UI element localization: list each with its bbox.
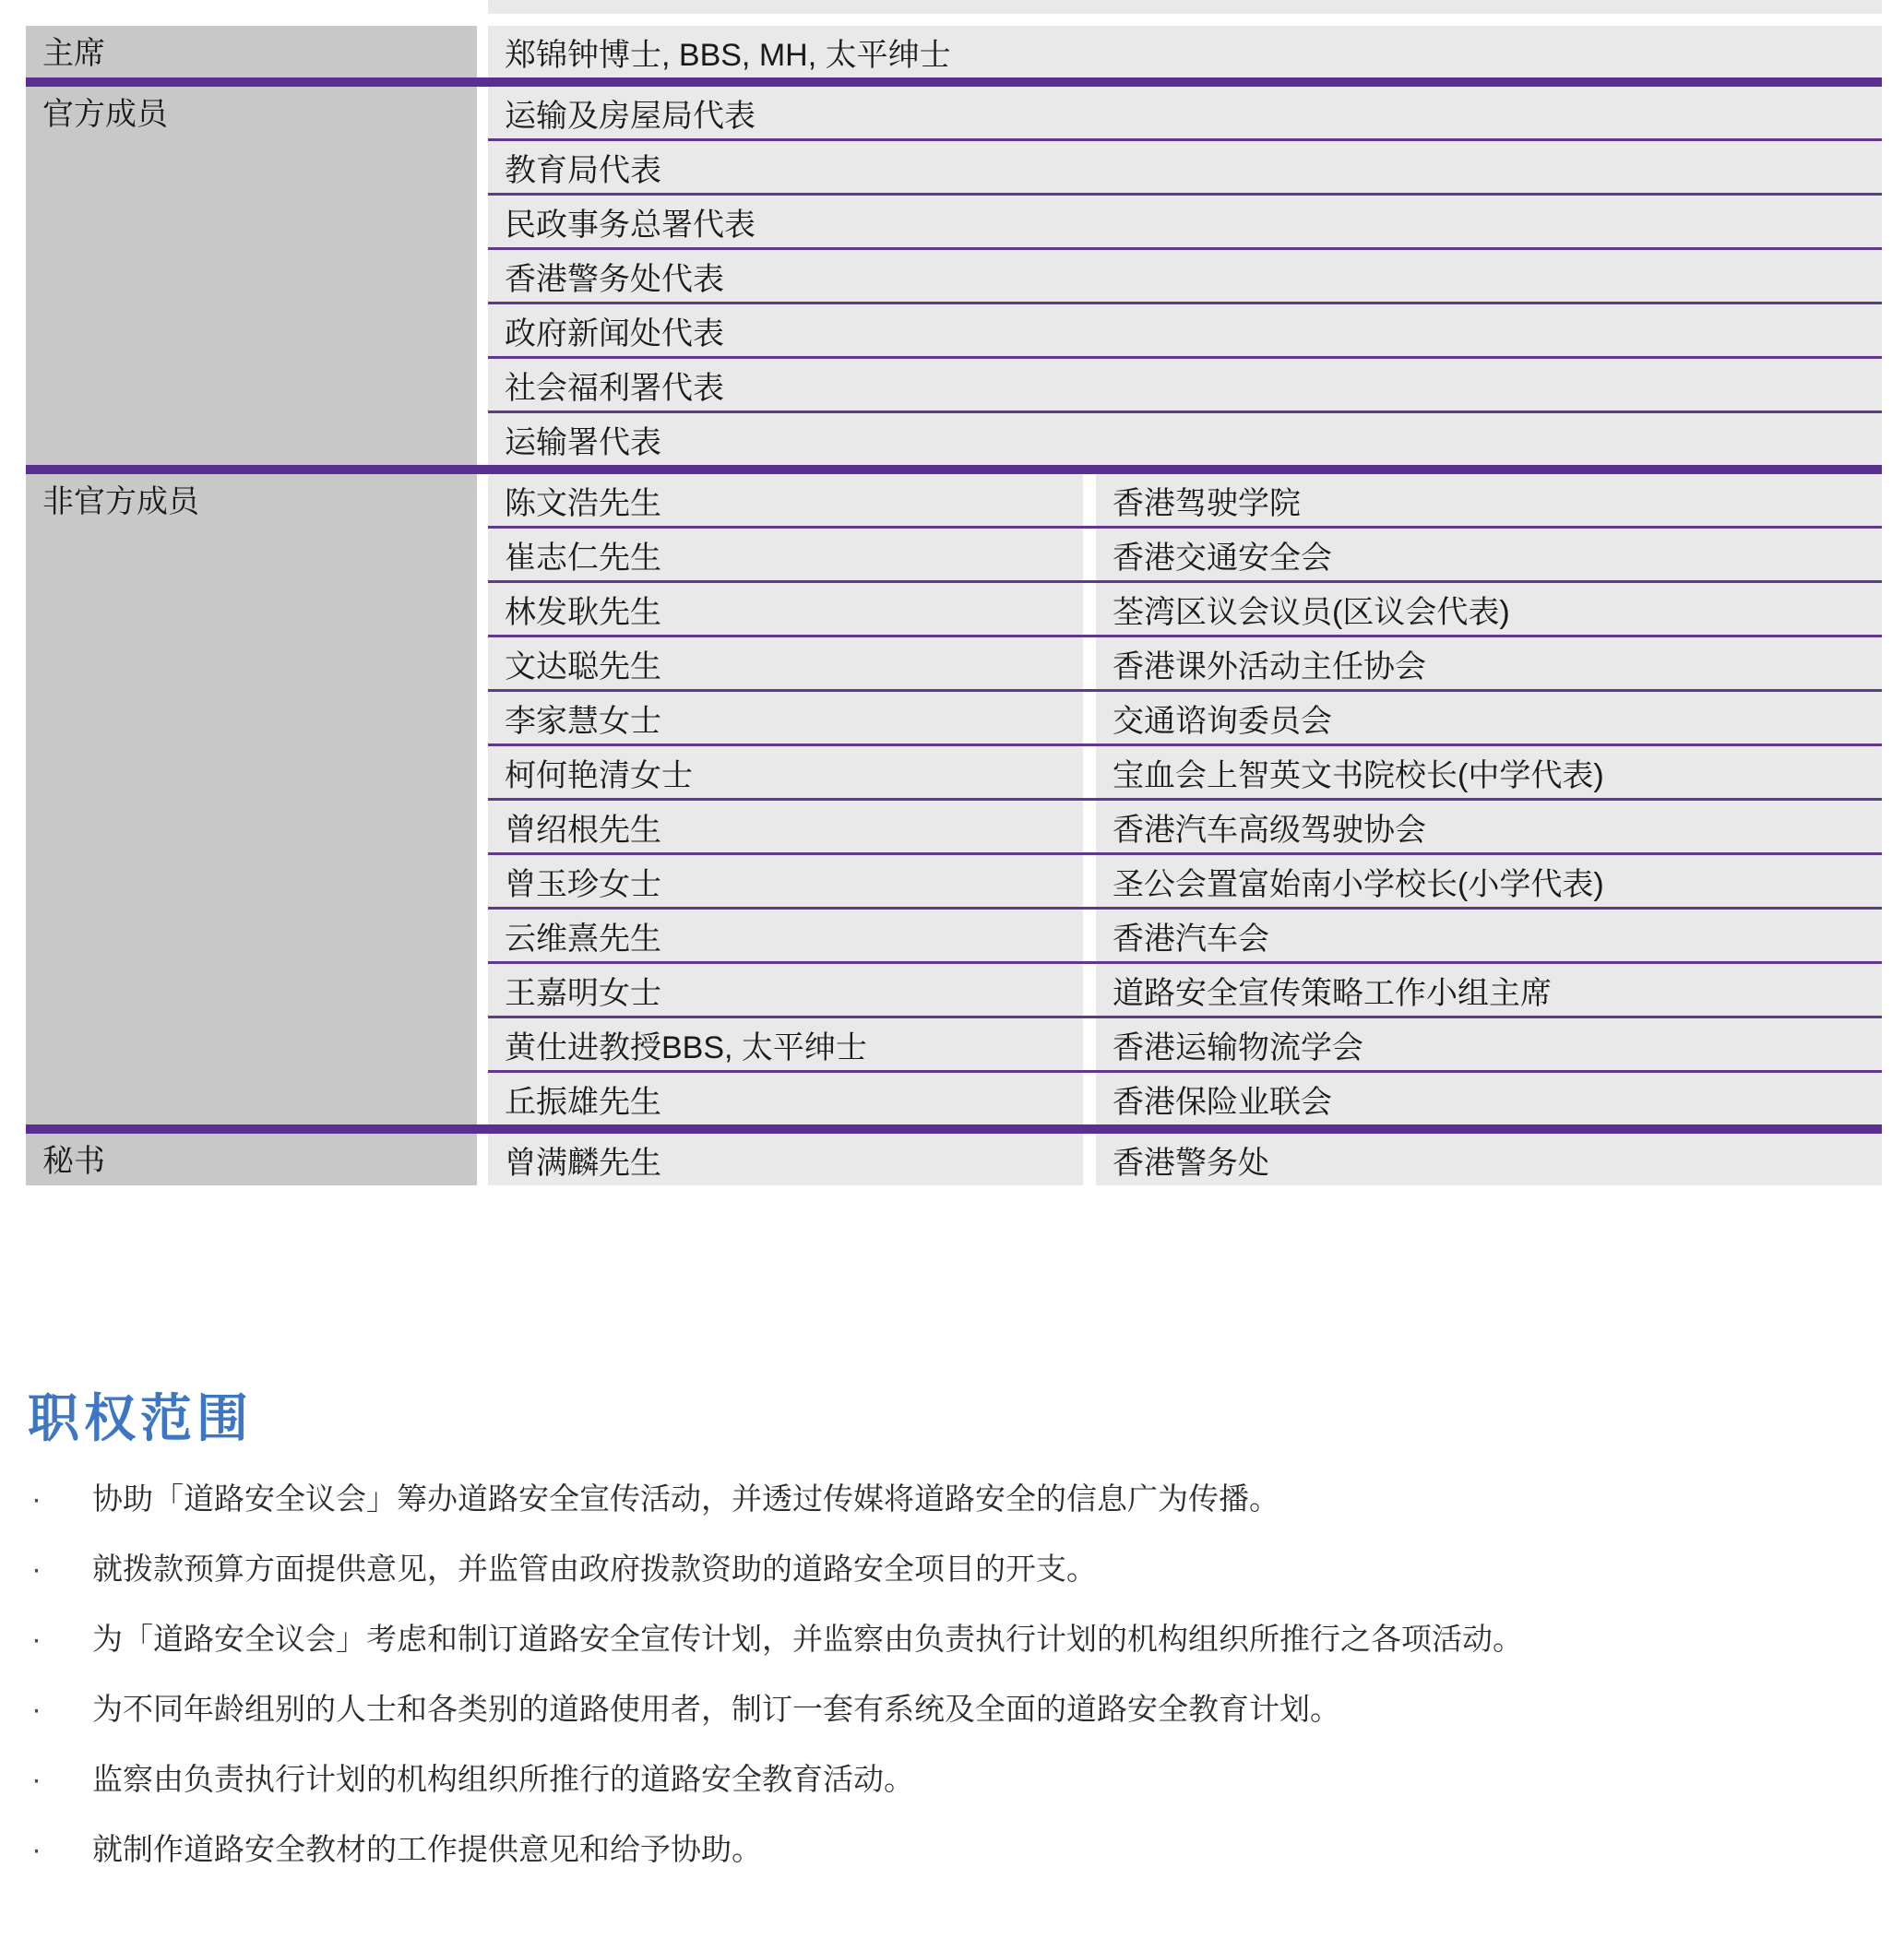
table-row: 社会福利署代表 — [488, 356, 1882, 410]
member-name: 曾绍根先生 — [488, 804, 1083, 850]
term-text: 监察由负责执行计划的机构组织所推行的道路安全教育活动。 — [92, 1760, 914, 1799]
member-name: 黄仕进教授BBS, 太平绅士 — [488, 1022, 1083, 1067]
column-gap — [1083, 910, 1096, 961]
member-organization: 香港课外活动主任协会 — [1096, 641, 1882, 686]
section-secretary: 秘书 曾满麟先生 香港警务处 — [26, 1134, 1882, 1185]
member-organization: 圣公会置富始南小学校长(小学代表) — [1096, 859, 1882, 904]
column-gap — [1083, 529, 1096, 580]
table-row: 运输及房屋局代表 — [488, 87, 1882, 138]
non-official-members-label: 非官方成员 — [26, 474, 477, 1124]
bullet-icon: · — [26, 1830, 92, 1869]
column-gap — [1083, 1073, 1096, 1124]
table-row: 政府新闻处代表 — [488, 302, 1882, 356]
official-members-label: 官方成员 — [26, 87, 477, 465]
member-name: 丘振雄先生 — [488, 1077, 1083, 1122]
cropped-row-sliver — [488, 0, 1882, 14]
column-gap — [1083, 855, 1096, 907]
chairman-value: 郑锦钟博士, BBS, MH, 太平绅士 — [488, 30, 1882, 75]
table-row: 丘振雄先生 香港保险业联会 — [488, 1070, 1882, 1124]
official-member: 教育局代表 — [488, 145, 1882, 190]
member-name: 柯何艳清女士 — [488, 750, 1083, 795]
official-member: 香港警务处代表 — [488, 254, 1882, 299]
chairman-body: 郑锦钟博士, BBS, MH, 太平绅士 — [488, 26, 1882, 77]
section-divider — [26, 465, 1882, 474]
bullet-icon: · — [26, 1620, 92, 1659]
column-gap — [1083, 1134, 1096, 1185]
official-members-body: 运输及房屋局代表 教育局代表 民政事务总署代表 香港警务处代表 政府新闻处代表 … — [488, 87, 1882, 465]
list-item: · 协助「道路安全议会」筹办道路安全宣传活动，并透过传媒将道路安全的信息广为传播… — [26, 1480, 1880, 1518]
table-row: 林发耿先生 荃湾区议会议员(区议会代表) — [488, 580, 1882, 635]
members-table: 主席 郑锦钟博士, BBS, MH, 太平绅士 官方成员 运输及房屋局代表 教育… — [26, 26, 1882, 1185]
list-item: · 就拨款预算方面提供意见，并监管由政府拨款资助的道路安全项目的开支。 — [26, 1550, 1880, 1588]
table-row: 教育局代表 — [488, 138, 1882, 193]
terms-of-reference-heading: 职权范围 — [28, 1378, 253, 1452]
member-name: 林发耿先生 — [488, 587, 1083, 632]
column-gap — [1083, 583, 1096, 635]
table-row: 运输署代表 — [488, 410, 1882, 465]
member-name: 李家慧女士 — [488, 696, 1083, 741]
table-row: 曾绍根先生 香港汽车高级驾驶协会 — [488, 798, 1882, 852]
table-row: 陈文浩先生 香港驾驶学院 — [488, 474, 1882, 526]
terms-of-reference-list: · 协助「道路安全议会」筹办道路安全宣传活动，并透过传媒将道路安全的信息广为传播… — [26, 1480, 1880, 1900]
table-row: 香港警务处代表 — [488, 247, 1882, 302]
member-organization: 香港汽车高级驾驶协会 — [1096, 804, 1882, 850]
table-row: 曾满麟先生 香港警务处 — [488, 1134, 1882, 1185]
member-name: 文达聪先生 — [488, 641, 1083, 686]
list-item: · 为不同年龄组别的人士和各类别的道路使用者，制订一套有系统及全面的道路安全教育… — [26, 1690, 1880, 1729]
official-member: 社会福利署代表 — [488, 363, 1882, 408]
table-row: 云维熹先生 香港汽车会 — [488, 907, 1882, 961]
table-row: 李家慧女士 交通谘询委员会 — [488, 689, 1882, 743]
member-organization: 荃湾区议会议员(区议会代表) — [1096, 587, 1882, 632]
member-organization: 道路安全宣传策略工作小组主席 — [1096, 968, 1882, 1013]
member-organization: 宝血会上智英文书院校长(中学代表) — [1096, 750, 1882, 795]
table-row: 崔志仁先生 香港交通安全会 — [488, 526, 1882, 580]
table-row: 文达聪先生 香港课外活动主任协会 — [488, 635, 1882, 689]
member-organization: 香港交通安全会 — [1096, 532, 1882, 577]
member-name: 曾满麟先生 — [488, 1137, 1083, 1183]
secretary-label: 秘书 — [26, 1134, 477, 1185]
member-organization: 香港保险业联会 — [1096, 1077, 1882, 1122]
term-text: 为不同年龄组别的人士和各类别的道路使用者，制订一套有系统及全面的道路安全教育计划… — [92, 1690, 1340, 1729]
member-organization: 香港汽车会 — [1096, 913, 1882, 958]
column-gap — [1083, 1018, 1096, 1070]
bullet-icon: · — [26, 1690, 92, 1729]
non-official-members-body: 陈文浩先生 香港驾驶学院 崔志仁先生 香港交通安全会 林发耿先生 荃湾区议会议员… — [488, 474, 1882, 1124]
member-organization: 香港警务处 — [1096, 1137, 1882, 1183]
table-row: 曾玉珍女士 圣公会置富始南小学校长(小学代表) — [488, 852, 1882, 907]
list-item: · 为「道路安全议会」考虑和制订道路安全宣传计划，并监察由负责执行计划的机构组织… — [26, 1620, 1880, 1659]
section-official-members: 官方成员 运输及房屋局代表 教育局代表 民政事务总署代表 香港警务处代表 政府新… — [26, 87, 1882, 465]
secretary-body: 曾满麟先生 香港警务处 — [488, 1134, 1882, 1185]
section-chairman: 主席 郑锦钟博士, BBS, MH, 太平绅士 — [26, 26, 1882, 77]
table-row: 民政事务总署代表 — [488, 193, 1882, 247]
chairman-label: 主席 — [26, 26, 477, 77]
member-organization: 香港运输物流学会 — [1096, 1022, 1882, 1067]
member-name: 曾玉珍女士 — [488, 859, 1083, 904]
member-organization: 香港驾驶学院 — [1096, 478, 1882, 523]
member-name: 崔志仁先生 — [488, 532, 1083, 577]
official-member: 民政事务总署代表 — [488, 199, 1882, 244]
official-member: 运输及房屋局代表 — [488, 90, 1882, 136]
column-gap — [1083, 637, 1096, 689]
column-gap — [1083, 474, 1096, 526]
column-gap — [1083, 746, 1096, 798]
official-member: 运输署代表 — [488, 417, 1882, 462]
list-item: · 就制作道路安全教材的工作提供意见和给予协助。 — [26, 1830, 1880, 1869]
table-row: 郑锦钟博士, BBS, MH, 太平绅士 — [488, 26, 1882, 77]
member-organization: 交通谘询委员会 — [1096, 696, 1882, 741]
term-text: 协助「道路安全议会」筹办道路安全宣传活动，并透过传媒将道路安全的信息广为传播。 — [92, 1480, 1279, 1518]
member-name: 陈文浩先生 — [488, 478, 1083, 523]
term-text: 就拨款预算方面提供意见，并监管由政府拨款资助的道路安全项目的开支。 — [92, 1550, 1097, 1588]
list-item: · 监察由负责执行计划的机构组织所推行的道路安全教育活动。 — [26, 1760, 1880, 1799]
section-divider — [26, 77, 1882, 87]
bullet-icon: · — [26, 1760, 92, 1799]
table-row: 柯何艳清女士 宝血会上智英文书院校长(中学代表) — [488, 743, 1882, 798]
table-row: 王嘉明女士 道路安全宣传策略工作小组主席 — [488, 961, 1882, 1016]
term-text: 就制作道路安全教材的工作提供意见和给予协助。 — [92, 1830, 762, 1869]
official-member: 政府新闻处代表 — [488, 308, 1882, 353]
bullet-icon: · — [26, 1480, 92, 1518]
column-gap — [1083, 964, 1096, 1016]
section-divider — [26, 1124, 1882, 1134]
column-gap — [1083, 692, 1096, 743]
bullet-icon: · — [26, 1550, 92, 1588]
table-row: 黄仕进教授BBS, 太平绅士 香港运输物流学会 — [488, 1016, 1882, 1070]
section-non-official-members: 非官方成员 陈文浩先生 香港驾驶学院 崔志仁先生 香港交通安全会 林发耿先生 荃… — [26, 474, 1882, 1124]
column-gap — [1083, 801, 1096, 852]
member-name: 云维熹先生 — [488, 913, 1083, 958]
member-name: 王嘉明女士 — [488, 968, 1083, 1013]
term-text: 为「道路安全议会」考虑和制订道路安全宣传计划，并监察由负责执行计划的机构组织所推… — [92, 1620, 1523, 1659]
